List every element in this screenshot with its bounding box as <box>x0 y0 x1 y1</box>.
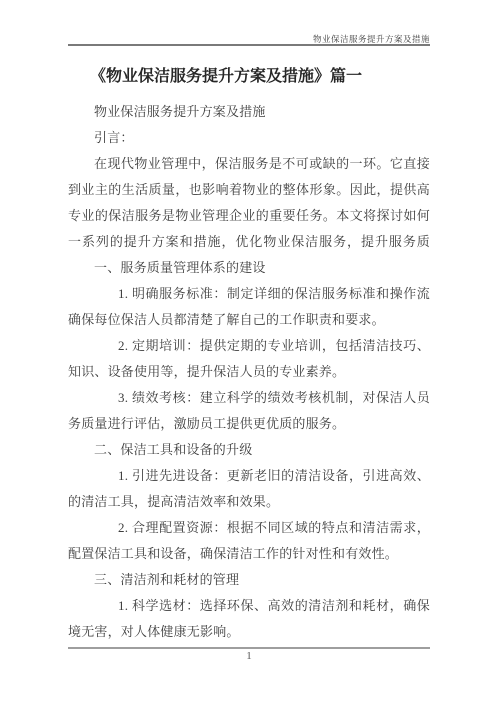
body-line: 配置保洁工具和设备，确保清洁工作的针对性和有效性。 <box>68 541 430 567</box>
body-line: 专业的保洁服务是物业管理企业的重要任务。本文将探讨如何通过 <box>68 203 430 229</box>
body-line: 境无害，对人体健康无影响。 <box>68 619 430 645</box>
body-line: 1. 科学选材：选择环保、高效的清洁剂和耗材，确保对环 <box>68 593 430 619</box>
body-line: 1. 引进先进设备：更新老旧的清洁设备，引进高效、环保 <box>68 463 430 489</box>
body-line: 2. 合理配置资源：根据不同区域的特点和清洁需求，合理 <box>68 515 430 541</box>
document-title: 《物业保洁服务提升方案及措施》篇一 <box>68 64 430 90</box>
body-line: 物业保洁服务提升方案及措施 <box>68 99 430 125</box>
body-line: 务质量进行评估，激励员工提供更优质的服务。 <box>68 411 430 437</box>
document-body: 物业保洁服务提升方案及措施引言：在现代物业管理中，保洁服务是不可或缺的一环。它直… <box>68 99 430 645</box>
body-line: 一、服务质量管理体系的建设 <box>68 255 430 281</box>
body-line: 在现代物业管理中，保洁服务是不可或缺的一环。它直接关系 <box>68 151 430 177</box>
body-line: 确保每位保洁人员都清楚了解自己的工作职责和要求。 <box>68 307 430 333</box>
footer-rule <box>68 647 430 649</box>
page-number: 1 <box>68 650 430 662</box>
body-line: 2. 定期培训：提供定期的专业培训，包括清洁技巧、安全 <box>68 333 430 359</box>
header-rule <box>68 44 430 46</box>
body-line: 1. 明确服务标准：制定详细的保洁服务标准和操作流程， <box>68 281 430 307</box>
body-line: 二、保洁工具和设备的升级 <box>68 437 430 463</box>
body-line: 到业主的生活质量，也影响着物业的整体形象。因此，提供高效、 <box>68 177 430 203</box>
body-line: 知识、设备使用等，提升保洁人员的专业素养。 <box>68 359 430 385</box>
body-line: 三、清洁剂和耗材的管理 <box>68 567 430 593</box>
document-page: 物业保洁服务提升方案及措施 《物业保洁服务提升方案及措施》篇一 物业保洁服务提升… <box>0 0 500 707</box>
body-line: 引言： <box>68 125 430 151</box>
body-line: 3. 绩效考核：建立科学的绩效考核机制，对保洁人员的服 <box>68 385 430 411</box>
body-line: 一系列的提升方案和措施，优化物业保洁服务，提升服务质量。 <box>68 229 430 255</box>
body-line: 的清洁工具，提高清洁效率和效果。 <box>68 489 430 515</box>
